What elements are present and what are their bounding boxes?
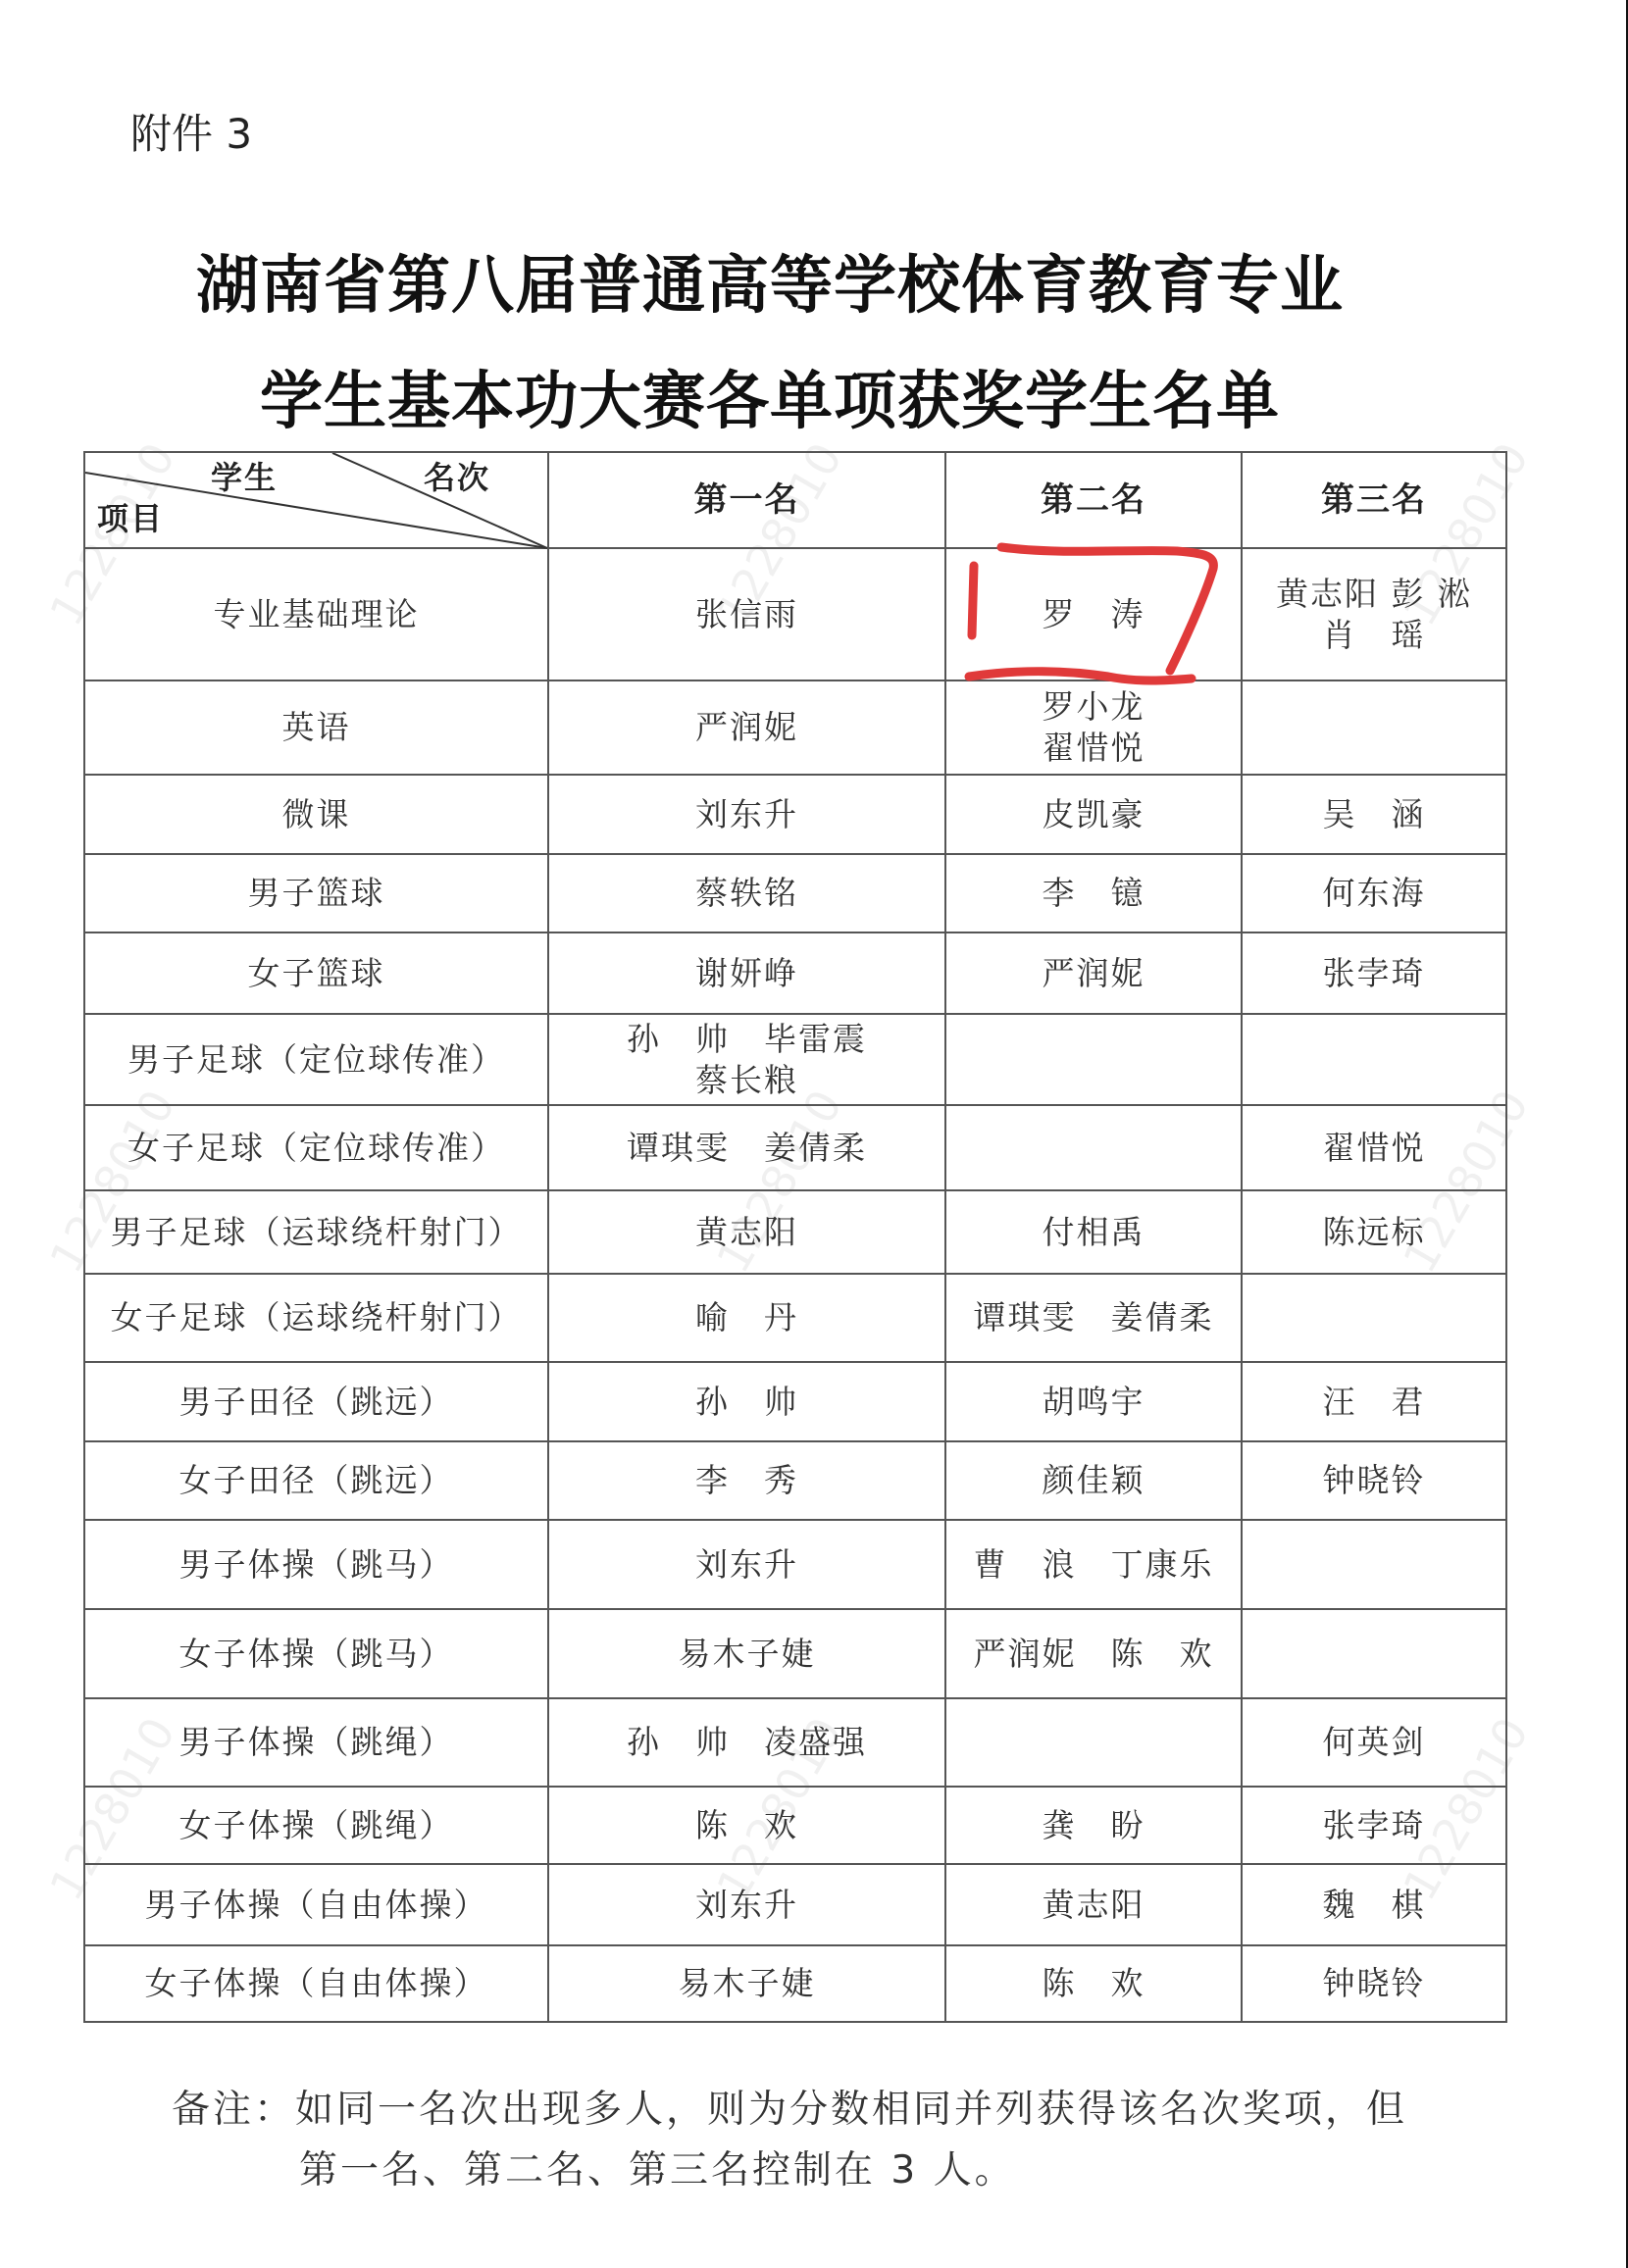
table-row: 女子足球（运球绕杆射门）喻 丹谭琪雯 姜倩柔 bbox=[84, 1274, 1506, 1362]
third-place-cell: 钟晓铃 bbox=[1242, 1945, 1506, 2022]
column-header-first: 第一名 bbox=[548, 452, 945, 548]
table-row: 女子体操（跳绳）陈 欢龚 盼张孛琦 bbox=[84, 1787, 1506, 1864]
first-place-cell: 刘东升 bbox=[548, 1520, 945, 1609]
table-row: 男子足球（定位球传准）孙 帅 毕雷震 蔡长粮 bbox=[84, 1014, 1506, 1105]
third-place-cell: 魏 棋 bbox=[1242, 1864, 1506, 1945]
header-label-event: 项目 bbox=[97, 498, 164, 539]
event-cell: 女子体操（跳马） bbox=[84, 1609, 548, 1698]
table-header-row: 学生 名次 项目 第一名 第二名 第三名 bbox=[84, 452, 1506, 548]
first-place-cell: 孙 帅 毕雷震 蔡长粮 bbox=[548, 1014, 945, 1105]
third-place-cell bbox=[1242, 1014, 1506, 1105]
third-place-cell bbox=[1242, 1520, 1506, 1609]
third-place-cell: 何英剑 bbox=[1242, 1698, 1506, 1787]
event-cell: 男子篮球 bbox=[84, 854, 548, 932]
first-place-cell: 黄志阳 bbox=[548, 1190, 945, 1274]
table-row: 英语严润妮罗小龙 翟惜悦 bbox=[84, 680, 1506, 775]
second-place-cell: 罗小龙 翟惜悦 bbox=[945, 680, 1242, 775]
first-place-cell: 陈 欢 bbox=[548, 1787, 945, 1864]
table-row: 专业基础理论张信雨罗 涛黄志阳 彭 淞 肖 瑶 bbox=[84, 548, 1506, 680]
third-place-cell: 陈远标 bbox=[1242, 1190, 1506, 1274]
event-cell: 女子体操（跳绳） bbox=[84, 1787, 548, 1864]
third-place-cell: 吴 涵 bbox=[1242, 775, 1506, 854]
second-place-cell: 李 镱 bbox=[945, 854, 1242, 932]
table-row: 女子体操（跳马）易木子婕严润妮 陈 欢 bbox=[84, 1609, 1506, 1698]
first-place-cell: 李 秀 bbox=[548, 1441, 945, 1520]
second-place-cell: 付相禹 bbox=[945, 1190, 1242, 1274]
first-place-cell: 谭琪雯 姜倩柔 bbox=[548, 1105, 945, 1190]
table-row: 微课刘东升皮凯豪吴 涵 bbox=[84, 775, 1506, 854]
second-place-cell: 胡鸣宇 bbox=[945, 1362, 1242, 1441]
event-cell: 女子田径（跳远） bbox=[84, 1441, 548, 1520]
second-place-cell: 罗 涛 bbox=[945, 548, 1242, 680]
first-place-cell: 刘东升 bbox=[548, 1864, 945, 1945]
document-title-line1: 湖南省第八届普通高等学校体育教育专业 bbox=[0, 235, 1554, 326]
attachment-label: 附件 3 bbox=[130, 102, 252, 161]
third-place-cell: 张孛琦 bbox=[1242, 932, 1506, 1014]
second-place-cell: 曹 浪 丁康乐 bbox=[945, 1520, 1242, 1609]
table-row: 女子足球（定位球传准）谭琪雯 姜倩柔翟惜悦 bbox=[84, 1105, 1506, 1190]
second-place-cell: 颜佳颖 bbox=[945, 1441, 1242, 1520]
first-place-cell: 易木子婕 bbox=[548, 1609, 945, 1698]
second-place-cell: 陈 欢 bbox=[945, 1945, 1242, 2022]
event-cell: 英语 bbox=[84, 680, 548, 775]
first-place-cell: 严润妮 bbox=[548, 680, 945, 775]
third-place-cell bbox=[1242, 680, 1506, 775]
second-place-cell bbox=[945, 1105, 1242, 1190]
table-row: 女子篮球谢妍峥严润妮张孛琦 bbox=[84, 932, 1506, 1014]
third-place-cell: 黄志阳 彭 淞 肖 瑶 bbox=[1242, 548, 1506, 680]
event-cell: 女子足球（定位球传准） bbox=[84, 1105, 548, 1190]
first-place-cell: 孙 帅 bbox=[548, 1362, 945, 1441]
first-place-cell: 孙 帅 凌盛强 bbox=[548, 1698, 945, 1787]
header-label-rank: 名次 bbox=[424, 457, 490, 498]
second-place-cell: 严润妮 bbox=[945, 932, 1242, 1014]
event-cell: 男子足球（定位球传准） bbox=[84, 1014, 548, 1105]
column-header-second: 第二名 bbox=[945, 452, 1242, 548]
first-place-cell: 易木子婕 bbox=[548, 1945, 945, 2022]
note-line2: 第一名、第二名、第三名控制在 3 人。 bbox=[299, 2140, 1016, 2194]
table-row: 女子体操（自由体操）易木子婕陈 欢钟晓铃 bbox=[84, 1945, 1506, 2022]
table-row: 男子篮球蔡轶铭李 镱何东海 bbox=[84, 854, 1506, 932]
second-place-cell bbox=[945, 1014, 1242, 1105]
header-label-student: 学生 bbox=[211, 457, 278, 498]
first-place-cell: 刘东升 bbox=[548, 775, 945, 854]
third-place-cell: 翟惜悦 bbox=[1242, 1105, 1506, 1190]
third-place-cell: 钟晓铃 bbox=[1242, 1441, 1506, 1520]
event-cell: 男子田径（跳远） bbox=[84, 1362, 548, 1441]
table-row: 男子体操（跳马）刘东升曹 浪 丁康乐 bbox=[84, 1520, 1506, 1609]
third-place-cell: 张孛琦 bbox=[1242, 1787, 1506, 1864]
third-place-cell bbox=[1242, 1274, 1506, 1362]
second-place-cell: 龚 盼 bbox=[945, 1787, 1242, 1864]
document-title-line2: 学生基本功大赛各单项获奖学生名单 bbox=[0, 351, 1554, 441]
third-place-cell: 何东海 bbox=[1242, 854, 1506, 932]
event-cell: 专业基础理论 bbox=[84, 548, 548, 680]
second-place-cell: 皮凯豪 bbox=[945, 775, 1242, 854]
table-row: 男子田径（跳远）孙 帅胡鸣宇汪 君 bbox=[84, 1362, 1506, 1441]
event-cell: 女子体操（自由体操） bbox=[84, 1945, 548, 2022]
second-place-cell: 严润妮 陈 欢 bbox=[945, 1609, 1242, 1698]
event-cell: 男子体操（自由体操） bbox=[84, 1864, 548, 1945]
column-header-third: 第三名 bbox=[1242, 452, 1506, 548]
table-row: 男子体操（跳绳）孙 帅 凌盛强何英剑 bbox=[84, 1698, 1506, 1787]
third-place-cell bbox=[1242, 1609, 1506, 1698]
first-place-cell: 谢妍峥 bbox=[548, 932, 945, 1014]
event-cell: 男子足球（运球绕杆射门） bbox=[84, 1190, 548, 1274]
diagonal-header-cell: 学生 名次 项目 bbox=[84, 452, 548, 548]
event-cell: 男子体操（跳绳） bbox=[84, 1698, 548, 1787]
second-place-cell bbox=[945, 1698, 1242, 1787]
event-cell: 男子体操（跳马） bbox=[84, 1520, 548, 1609]
table-row: 女子田径（跳远）李 秀颜佳颖钟晓铃 bbox=[84, 1441, 1506, 1520]
event-cell: 微课 bbox=[84, 775, 548, 854]
second-place-cell: 谭琪雯 姜倩柔 bbox=[945, 1274, 1242, 1362]
table-row: 男子足球（运球绕杆射门）黄志阳付相禹陈远标 bbox=[84, 1190, 1506, 1274]
event-cell: 女子篮球 bbox=[84, 932, 548, 1014]
awards-table: 学生 名次 项目 第一名 第二名 第三名 专业基础理论张信雨罗 涛黄志阳 彭 淞… bbox=[83, 451, 1507, 2023]
first-place-cell: 张信雨 bbox=[548, 548, 945, 680]
first-place-cell: 蔡轶铭 bbox=[548, 854, 945, 932]
second-place-cell: 黄志阳 bbox=[945, 1864, 1242, 1945]
table-row: 男子体操（自由体操）刘东升黄志阳魏 棋 bbox=[84, 1864, 1506, 1945]
event-cell: 女子足球（运球绕杆射门） bbox=[84, 1274, 548, 1362]
note-line1: 备注：如同一名次出现多人，则为分数相同并列获得该名次奖项，但 bbox=[172, 2079, 1407, 2134]
first-place-cell: 喻 丹 bbox=[548, 1274, 945, 1362]
third-place-cell: 汪 君 bbox=[1242, 1362, 1506, 1441]
